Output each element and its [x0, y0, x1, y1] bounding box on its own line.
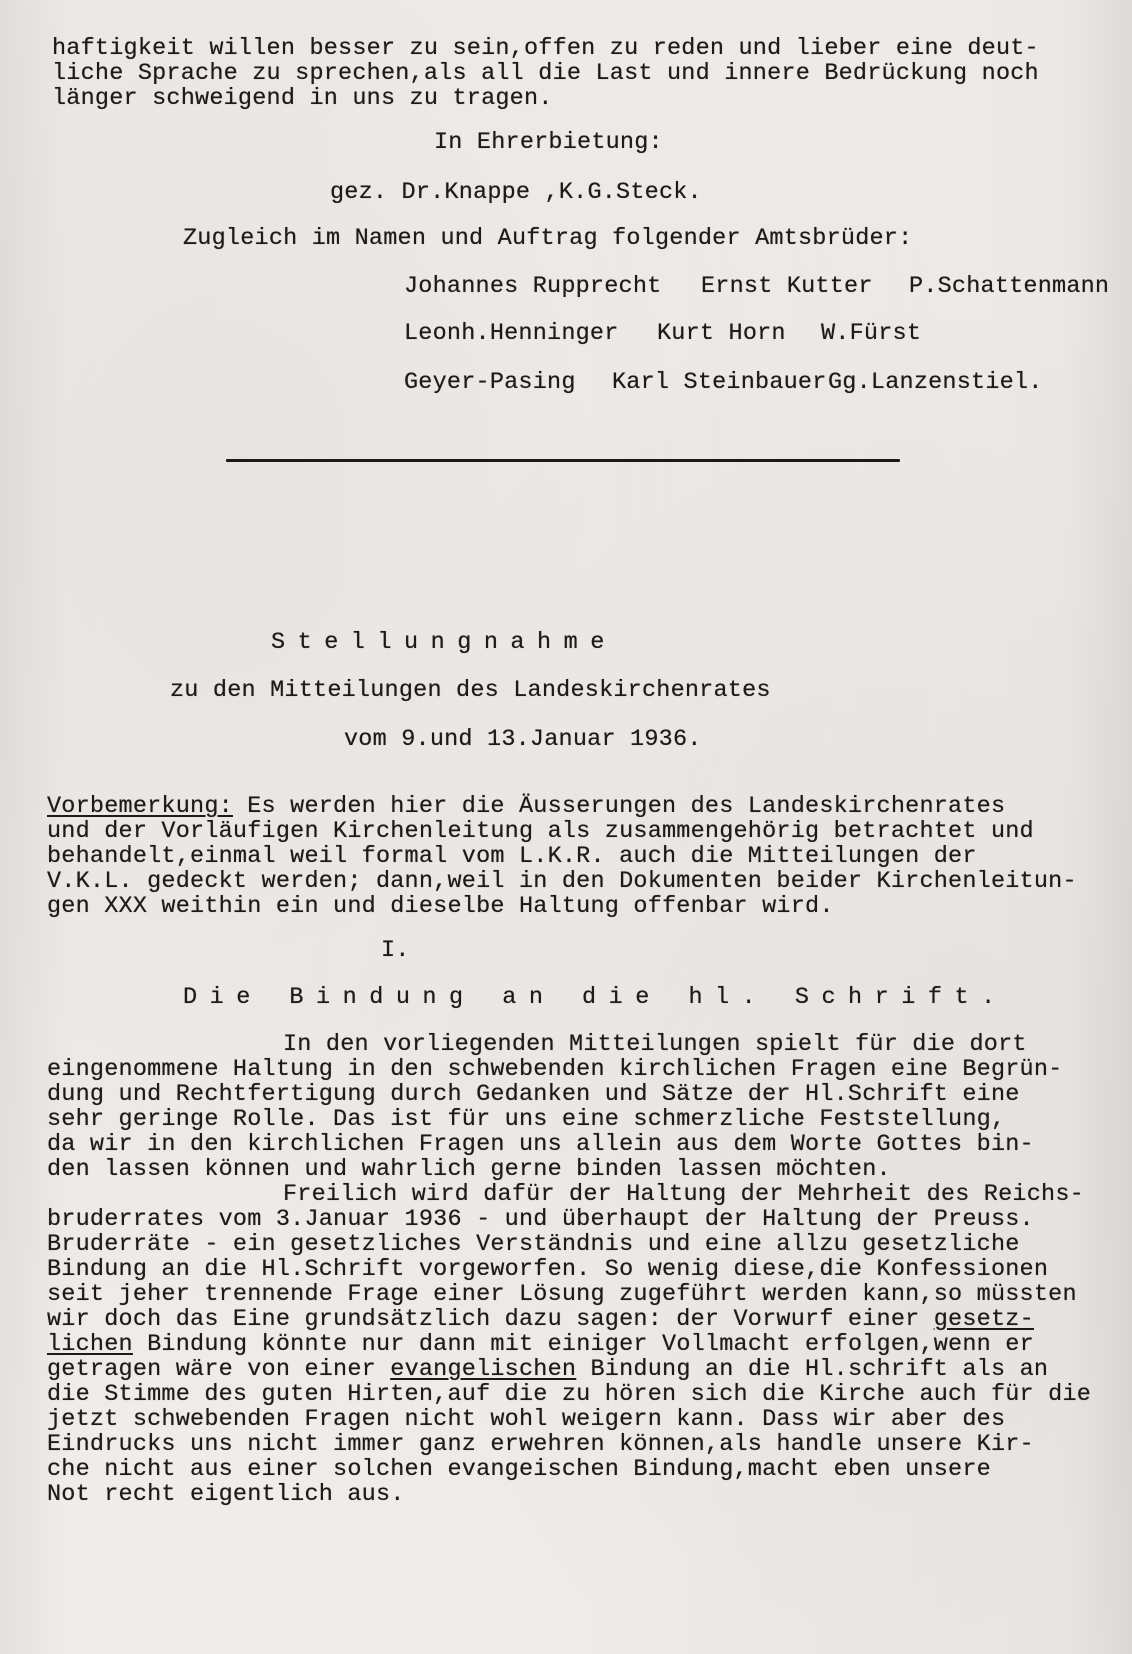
- typewritten-page: haftigkeit willen besser zu sein,offen z…: [0, 0, 1132, 1654]
- colleague-name: Leonh.Henninger: [404, 321, 619, 346]
- preliminary-note-line-2: und der Vorläufigen Kirchenleitung als z…: [47, 819, 1034, 844]
- salutation: In Ehrerbietung:: [434, 130, 663, 155]
- paragraph-2-line-13: Not recht eigentlich aus.: [47, 1482, 405, 1507]
- section-divider: [226, 459, 900, 462]
- paragraph-2-line-3: Bruderräte - ein gesetzliches Verständni…: [47, 1232, 1020, 1257]
- preliminary-note-line-3: behandelt,einmal weil formal vom L.K.R. …: [47, 844, 977, 869]
- opening-line-1: haftigkeit willen besser zu sein,offen z…: [52, 36, 1039, 61]
- paragraph-2-line-9: die Stimme des guten Hirten,auf die zu h…: [47, 1382, 1091, 1407]
- on-behalf-line: Zugleich im Namen und Auftrag folgender …: [183, 226, 912, 251]
- paragraph-2-line-12: che nicht aus einer solchen evangeischen…: [47, 1457, 991, 1482]
- underlined-term: lichen: [47, 1331, 133, 1358]
- colleague-name: Geyer-Pasing: [404, 370, 576, 395]
- statement-title: Stellungnahme: [271, 630, 617, 655]
- opening-line-2: liche Sprache zu sprechen,als all die La…: [52, 61, 1039, 86]
- section-number: I.: [381, 938, 410, 963]
- colleague-name: Johannes Rupprecht: [404, 274, 661, 299]
- paragraph-1-line-4: sehr geringe Rolle. Das ist für uns eine…: [47, 1107, 1005, 1132]
- section-heading: Die Bindung an die hl. Schrift.: [183, 985, 1008, 1010]
- preliminary-note-line-4: V.K.L. gedeckt werden; dann,weil in den …: [47, 869, 1077, 894]
- paragraph-2-line-5: seit jeher trennende Frage einer Lösung …: [47, 1282, 1077, 1307]
- paragraph-2-line-2: bruderrates vom 3.Januar 1936 - und über…: [47, 1207, 1034, 1232]
- statement-subtitle: zu den Mitteilungen des Landeskirchenrat…: [170, 678, 771, 703]
- paragraph-2-line-11: Eindrucks uns nicht immer ganz erwehren …: [47, 1432, 1034, 1457]
- paragraph-2-line-7: lichen Bindung könnte nur dann mit einig…: [47, 1332, 1034, 1357]
- paragraph-2-line-6: wir doch das Eine grundsätzlich dazu sag…: [47, 1307, 1034, 1332]
- paragraph-1-line-6: den lassen können und wahrlich gerne bin…: [47, 1157, 891, 1182]
- paragraph-1-line-2: eingenommene Haltung in den schwebenden …: [47, 1057, 1062, 1082]
- colleague-name: W.Fürst: [821, 321, 921, 346]
- paragraph-1-line-3: dung und Rechtfertigung durch Gedanken u…: [47, 1082, 1020, 1107]
- opening-line-3: länger schweigend in uns zu tragen.: [52, 86, 553, 111]
- preliminary-note-line-1: Vorbemerkung: Es werden hier die Äusseru…: [47, 794, 1005, 819]
- preliminary-note-label: Vorbemerkung:: [47, 793, 233, 820]
- colleague-name: P.Schattenmann: [909, 274, 1109, 299]
- underlined-term: evangelischen: [390, 1356, 576, 1383]
- preliminary-note-line-5: gen XXX weithin ein und dieselbe Haltung…: [47, 894, 834, 919]
- colleague-name: Karl Steinbauer: [612, 370, 827, 395]
- colleague-name: Ernst Kutter: [701, 274, 873, 299]
- colleague-name: Gg.Lanzenstiel.: [828, 370, 1043, 395]
- colleague-name: Kurt Horn: [657, 321, 786, 346]
- underlined-term: gesetz-: [934, 1306, 1034, 1333]
- signatories: gez. Dr.Knappe ,K.G.Steck.: [330, 180, 702, 205]
- paragraph-1-line-5: da wir in den kirchlichen Fragen uns all…: [47, 1132, 1034, 1157]
- paragraph-2-line-8: getragen wäre von einer evangelischen Bi…: [47, 1357, 1048, 1382]
- paragraph-2-line-4: Bindung an die Hl.Schrift vorgeworfen. S…: [47, 1257, 1048, 1282]
- paragraph-1-line-1: In den vorliegenden Mitteilungen spielt …: [283, 1032, 1027, 1057]
- paragraph-2-line-1: Freilich wird dafür der Haltung der Mehr…: [283, 1182, 1084, 1207]
- paragraph-2-line-10: jetzt schwebenden Fragen nicht wohl weig…: [47, 1407, 1005, 1432]
- statement-date: vom 9.und 13.Januar 1936.: [344, 727, 702, 752]
